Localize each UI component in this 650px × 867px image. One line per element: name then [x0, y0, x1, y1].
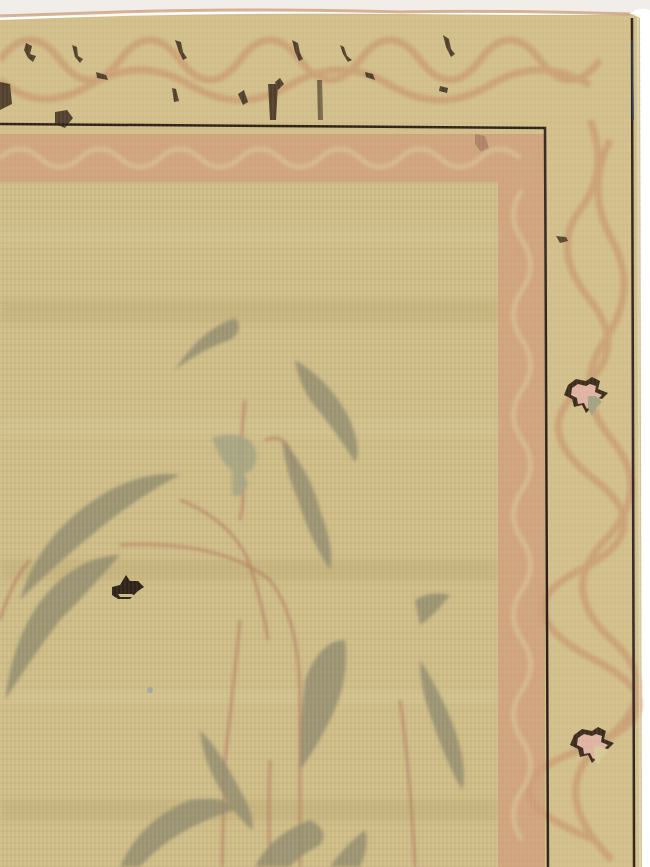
rug-body [0, 0, 650, 867]
rug-photo [0, 0, 650, 867]
